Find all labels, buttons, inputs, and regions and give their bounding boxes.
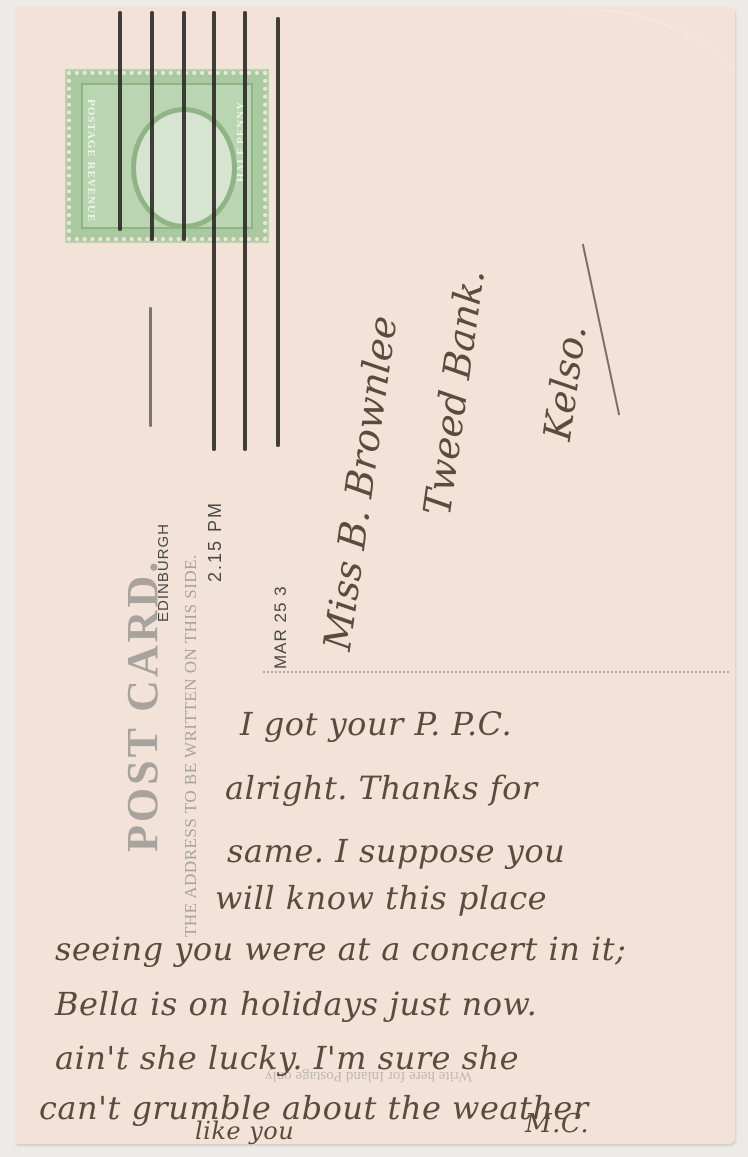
stamp-left-label: POSTAGE REVENUE <box>85 99 97 222</box>
card-crease <box>550 0 740 106</box>
postage-stamp: POSTAGE REVENUE HALF PENNY <box>67 71 267 241</box>
address-message-divider <box>263 671 729 673</box>
postcard: POSTAGE REVENUE HALF PENNY POST CARD. TH… <box>15 7 735 1144</box>
address-town: Kelso. <box>535 322 595 443</box>
cancel-bar <box>150 11 154 241</box>
address-street: Tweed Bank. <box>415 266 493 518</box>
address-instruction: THE ADDRESS TO BE WRITTEN ON THIS SIDE. <box>181 554 201 937</box>
cancel-bar <box>276 17 280 447</box>
cancel-bar <box>243 11 247 451</box>
postmark-time: 2.15 PM <box>205 501 226 582</box>
message-line: same. I suppose you <box>227 832 565 870</box>
message-line: alright. Thanks for <box>225 769 538 807</box>
message-line: will know this place <box>215 879 547 917</box>
signature: M.C. <box>525 1109 589 1139</box>
cancel-bar <box>212 11 216 451</box>
message-line: I got your P. P.C. <box>240 705 512 743</box>
message-line: Bella is on holidays just now. <box>55 985 537 1023</box>
cancel-bar <box>149 307 152 427</box>
cancel-bar <box>182 11 186 241</box>
postmark-date: MAR 25 3 <box>271 585 291 669</box>
cancel-bar <box>118 11 122 231</box>
message-line: like you <box>195 1117 294 1145</box>
message-line: can't grumble about the weather <box>39 1089 589 1127</box>
stamp-frame: POSTAGE REVENUE HALF PENNY <box>81 83 253 229</box>
message-line: seeing you were at a concert in it; <box>55 930 626 968</box>
postmark-city: EDINBURGH <box>155 523 172 622</box>
message-line: ain't she lucky. I'm sure she <box>55 1039 519 1077</box>
address-recipient: Miss B. Brownlee <box>315 313 406 653</box>
